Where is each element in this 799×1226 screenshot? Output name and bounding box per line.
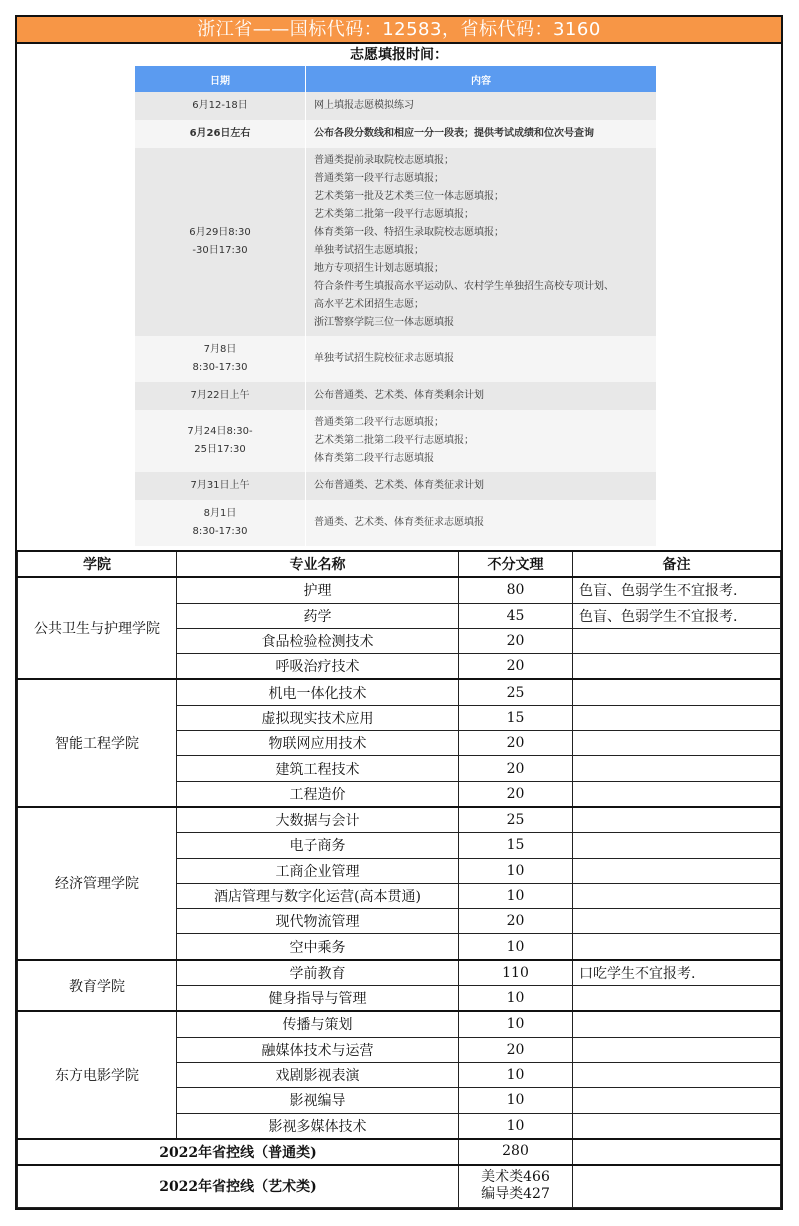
schedule-content-line: 体育类第一段、特招生录取院校志愿填报； [314, 224, 648, 242]
schedule-content: 公布普通类、艺术类、体育类剩余计划 [306, 382, 657, 410]
schedule-header-date: 日期 [135, 66, 306, 92]
major-name: 空中乘务 [177, 934, 459, 960]
major-name: 健身指导与管理 [177, 986, 459, 1012]
enrollment-count: 45 [459, 603, 573, 628]
header-note: 备注 [573, 551, 781, 577]
major-name: 护理 [177, 577, 459, 603]
schedule-row: 6月29日8:30-30日17:30普通类提前录取院校志愿填报；普通类第一段平行… [135, 148, 656, 336]
remark [573, 807, 781, 833]
schedule-content-line: 公布各段分数线和相应一分一段表；提供考试成绩和位次号查询 [314, 125, 648, 143]
header-major: 专业名称 [177, 551, 459, 577]
schedule-date: 7月24日8:30-25日17:30 [135, 410, 306, 472]
schedule-content-line: 公布普通类、艺术类、体育类征求计划 [314, 477, 648, 495]
enrollment-count: 10 [459, 934, 573, 960]
summary-value-line: 编导类427 [459, 1186, 572, 1203]
schedule-content-line: 单独考试招生志愿填报； [314, 242, 648, 260]
major-name: 戏剧影视表演 [177, 1062, 459, 1087]
major-name: 工程造价 [177, 781, 459, 807]
schedule-content-line: 艺术类第一批及艺术类三位一体志愿填报； [314, 188, 648, 206]
enrollment-count: 10 [459, 1088, 573, 1113]
schedule-date-line: 6月29日8:30 [143, 224, 297, 242]
enrollment-count: 10 [459, 1113, 573, 1139]
remark [573, 833, 781, 858]
schedule-date-line: 25日17:30 [143, 441, 297, 459]
schedule-date-line: -30日17:30 [143, 242, 297, 260]
schedule-row: 8月1日8:30-17:30普通类、艺术类、体育类征求志愿填报 [135, 500, 656, 546]
schedule-date-line: 8:30-17:30 [143, 523, 297, 541]
enrollment-count: 15 [459, 833, 573, 858]
remark [573, 756, 781, 781]
remark [573, 858, 781, 883]
table-row: 经济管理学院大数据与会计25 [18, 807, 781, 833]
schedule-row: 7月24日8:30-25日17:30普通类第二段平行志愿填报；艺术类第二批第二段… [135, 410, 656, 472]
enrollment-count: 10 [459, 1011, 573, 1037]
summary-note [573, 1165, 781, 1207]
schedule-date: 6月26日左右 [135, 120, 306, 148]
schedule-date: 7月22日上午 [135, 382, 306, 410]
schedule-content-line: 艺术类第二批第二段平行志愿填报； [314, 432, 648, 450]
enrollment-count: 20 [459, 628, 573, 653]
summary-row: 2022年省控线（艺术类)美术类466编导类427 [18, 1165, 781, 1207]
schedule-table: 日期 内容 6月12-18日网上填报志愿模拟练习6月26日左右公布各段分数线和相… [135, 66, 656, 546]
schedule-content-line: 体育类第二段平行志愿填报 [314, 450, 648, 468]
table-row: 教育学院学前教育110口吃学生不宜报考. [18, 960, 781, 986]
college-name: 东方电影学院 [18, 1011, 177, 1138]
enrollment-count: 80 [459, 577, 573, 603]
enrollment-count: 110 [459, 960, 573, 986]
enrollment-count: 25 [459, 807, 573, 833]
schedule-content: 普通类第二段平行志愿填报；艺术类第二批第二段平行志愿填报；体育类第二段平行志愿填… [306, 410, 657, 472]
schedule-content: 单独考试招生院校征求志愿填报 [306, 336, 657, 382]
schedule-date-line: 8:30-17:30 [143, 359, 297, 377]
schedule-date: 7月31日上午 [135, 472, 306, 500]
schedule-date-line: 7月24日8:30- [143, 423, 297, 441]
remark [573, 679, 781, 705]
major-name: 学前教育 [177, 960, 459, 986]
remark: 口吃学生不宜报考. [573, 960, 781, 986]
college-name: 经济管理学院 [18, 807, 177, 960]
major-name: 影视编导 [177, 1088, 459, 1113]
summary-note [573, 1139, 781, 1165]
schedule-date: 6月29日8:30-30日17:30 [135, 148, 306, 336]
majors-table: 学院 专业名称 不分文理 备注 公共卫生与护理学院护理80色盲、色弱学生不宜报考… [17, 550, 781, 1208]
schedule-date-line: 7月22日上午 [143, 387, 297, 405]
college-name: 公共卫生与护理学院 [18, 577, 177, 679]
schedule-content-line: 普通类提前录取院校志愿填报； [314, 152, 648, 170]
major-name: 电子商务 [177, 833, 459, 858]
schedule-date-line: 7月31日上午 [143, 477, 297, 495]
schedule-content-line: 普通类第一段平行志愿填报； [314, 170, 648, 188]
summary-row: 2022年省控线（普通类)280 [18, 1139, 781, 1165]
schedule-content-line: 普通类、艺术类、体育类征求志愿填报 [314, 514, 648, 532]
enrollment-count: 20 [459, 756, 573, 781]
summary-value: 280 [459, 1139, 573, 1165]
remark [573, 731, 781, 756]
schedule-content-line: 高水平艺术团招生志愿； [314, 296, 648, 314]
schedule-content-line: 单独考试招生院校征求志愿填报 [314, 350, 648, 368]
remark [573, 1062, 781, 1087]
summary-value-line: 美术类466 [459, 1169, 572, 1186]
major-name: 融媒体技术与运营 [177, 1037, 459, 1062]
summary-value: 美术类466编导类427 [459, 1165, 573, 1207]
schedule-content-line: 艺术类第二批第一段平行志愿填报； [314, 206, 648, 224]
schedule-date-line: 6月26日左右 [143, 125, 297, 143]
remark [573, 781, 781, 807]
majors-header-row: 学院 专业名称 不分文理 备注 [18, 551, 781, 577]
header-count: 不分文理 [459, 551, 573, 577]
major-name: 影视多媒体技术 [177, 1113, 459, 1139]
schedule-date: 8月1日8:30-17:30 [135, 500, 306, 546]
enrollment-count: 10 [459, 858, 573, 883]
major-name: 呼吸治疗技术 [177, 654, 459, 680]
table-row: 智能工程学院机电一体化技术25 [18, 679, 781, 705]
schedule-section: 志愿填报时间： 日期 内容 6月12-18日网上填报志愿模拟练习6月26日左右公… [17, 44, 781, 550]
table-row: 东方电影学院传播与策划10 [18, 1011, 781, 1037]
schedule-row: 6月12-18日网上填报志愿模拟练习 [135, 92, 656, 120]
schedule-header-content: 内容 [306, 66, 657, 92]
schedule-body: 6月12-18日网上填报志愿模拟练习6月26日左右公布各段分数线和相应一分一段表… [135, 92, 656, 546]
remark [573, 628, 781, 653]
remark [573, 1088, 781, 1113]
schedule-content: 普通类提前录取院校志愿填报；普通类第一段平行志愿填报；艺术类第一批及艺术类三位一… [306, 148, 657, 336]
document-frame: 浙江省——国标代码：12583，省标代码：3160 志愿填报时间： 日期 内容 … [15, 15, 783, 1210]
schedule-content-line: 普通类第二段平行志愿填报； [314, 414, 648, 432]
schedule-date-line: 6月12-18日 [143, 97, 297, 115]
remark [573, 883, 781, 908]
schedule-date: 7月8日8:30-17:30 [135, 336, 306, 382]
schedule-content: 公布普通类、艺术类、体育类征求计划 [306, 472, 657, 500]
schedule-content-line: 浙江警察学院三位一体志愿填报 [314, 314, 648, 332]
enrollment-count: 20 [459, 1037, 573, 1062]
remark [573, 1113, 781, 1139]
schedule-row: 6月26日左右公布各段分数线和相应一分一段表；提供考试成绩和位次号查询 [135, 120, 656, 148]
schedule-date-line: 7月8日 [143, 341, 297, 359]
remark: 色盲、色弱学生不宜报考. [573, 577, 781, 603]
enrollment-count: 20 [459, 654, 573, 680]
schedule-row: 7月22日上午公布普通类、艺术类、体育类剩余计划 [135, 382, 656, 410]
schedule-content-line: 公布普通类、艺术类、体育类剩余计划 [314, 387, 648, 405]
enrollment-count: 20 [459, 909, 573, 934]
majors-body: 公共卫生与护理学院护理80色盲、色弱学生不宜报考.药学45色盲、色弱学生不宜报考… [18, 577, 781, 1207]
enrollment-count: 10 [459, 883, 573, 908]
major-name: 大数据与会计 [177, 807, 459, 833]
remark [573, 909, 781, 934]
major-name: 工商企业管理 [177, 858, 459, 883]
summary-label: 2022年省控线（普通类) [18, 1139, 459, 1165]
remark [573, 934, 781, 960]
remark [573, 1011, 781, 1037]
college-name: 教育学院 [18, 960, 177, 1012]
schedule-date: 6月12-18日 [135, 92, 306, 120]
page-title: 浙江省——国标代码：12583，省标代码：3160 [17, 17, 781, 44]
schedule-date-line: 8月1日 [143, 505, 297, 523]
remark [573, 654, 781, 680]
enrollment-count: 20 [459, 781, 573, 807]
major-name: 物联网应用技术 [177, 731, 459, 756]
major-name: 机电一体化技术 [177, 679, 459, 705]
schedule-heading: 志愿填报时间： [17, 44, 781, 66]
major-name: 药学 [177, 603, 459, 628]
header-college: 学院 [18, 551, 177, 577]
enrollment-count: 20 [459, 731, 573, 756]
major-name: 建筑工程技术 [177, 756, 459, 781]
table-row: 公共卫生与护理学院护理80色盲、色弱学生不宜报考. [18, 577, 781, 603]
schedule-content-line: 网上填报志愿模拟练习 [314, 97, 648, 115]
schedule-content: 公布各段分数线和相应一分一段表；提供考试成绩和位次号查询 [306, 120, 657, 148]
remark [573, 1037, 781, 1062]
major-name: 传播与策划 [177, 1011, 459, 1037]
remark: 色盲、色弱学生不宜报考. [573, 603, 781, 628]
major-name: 虚拟现实技术应用 [177, 705, 459, 730]
enrollment-count: 15 [459, 705, 573, 730]
schedule-content-line: 符合条件考生填报高水平运动队、农村学生单独招生高校专项计划、 [314, 278, 648, 296]
major-name: 食品检验检测技术 [177, 628, 459, 653]
enrollment-count: 10 [459, 1062, 573, 1087]
enrollment-count: 25 [459, 679, 573, 705]
major-name: 现代物流管理 [177, 909, 459, 934]
schedule-content-line: 地方专项招生计划志愿填报； [314, 260, 648, 278]
enrollment-count: 10 [459, 986, 573, 1012]
major-name: 酒店管理与数字化运营(高本贯通) [177, 883, 459, 908]
remark [573, 986, 781, 1012]
remark [573, 705, 781, 730]
college-name: 智能工程学院 [18, 679, 177, 806]
schedule-content: 网上填报志愿模拟练习 [306, 92, 657, 120]
schedule-row: 7月8日8:30-17:30单独考试招生院校征求志愿填报 [135, 336, 656, 382]
schedule-row: 7月31日上午公布普通类、艺术类、体育类征求计划 [135, 472, 656, 500]
summary-value-line: 280 [459, 1143, 572, 1160]
schedule-content: 普通类、艺术类、体育类征求志愿填报 [306, 500, 657, 546]
summary-label: 2022年省控线（艺术类) [18, 1165, 459, 1207]
